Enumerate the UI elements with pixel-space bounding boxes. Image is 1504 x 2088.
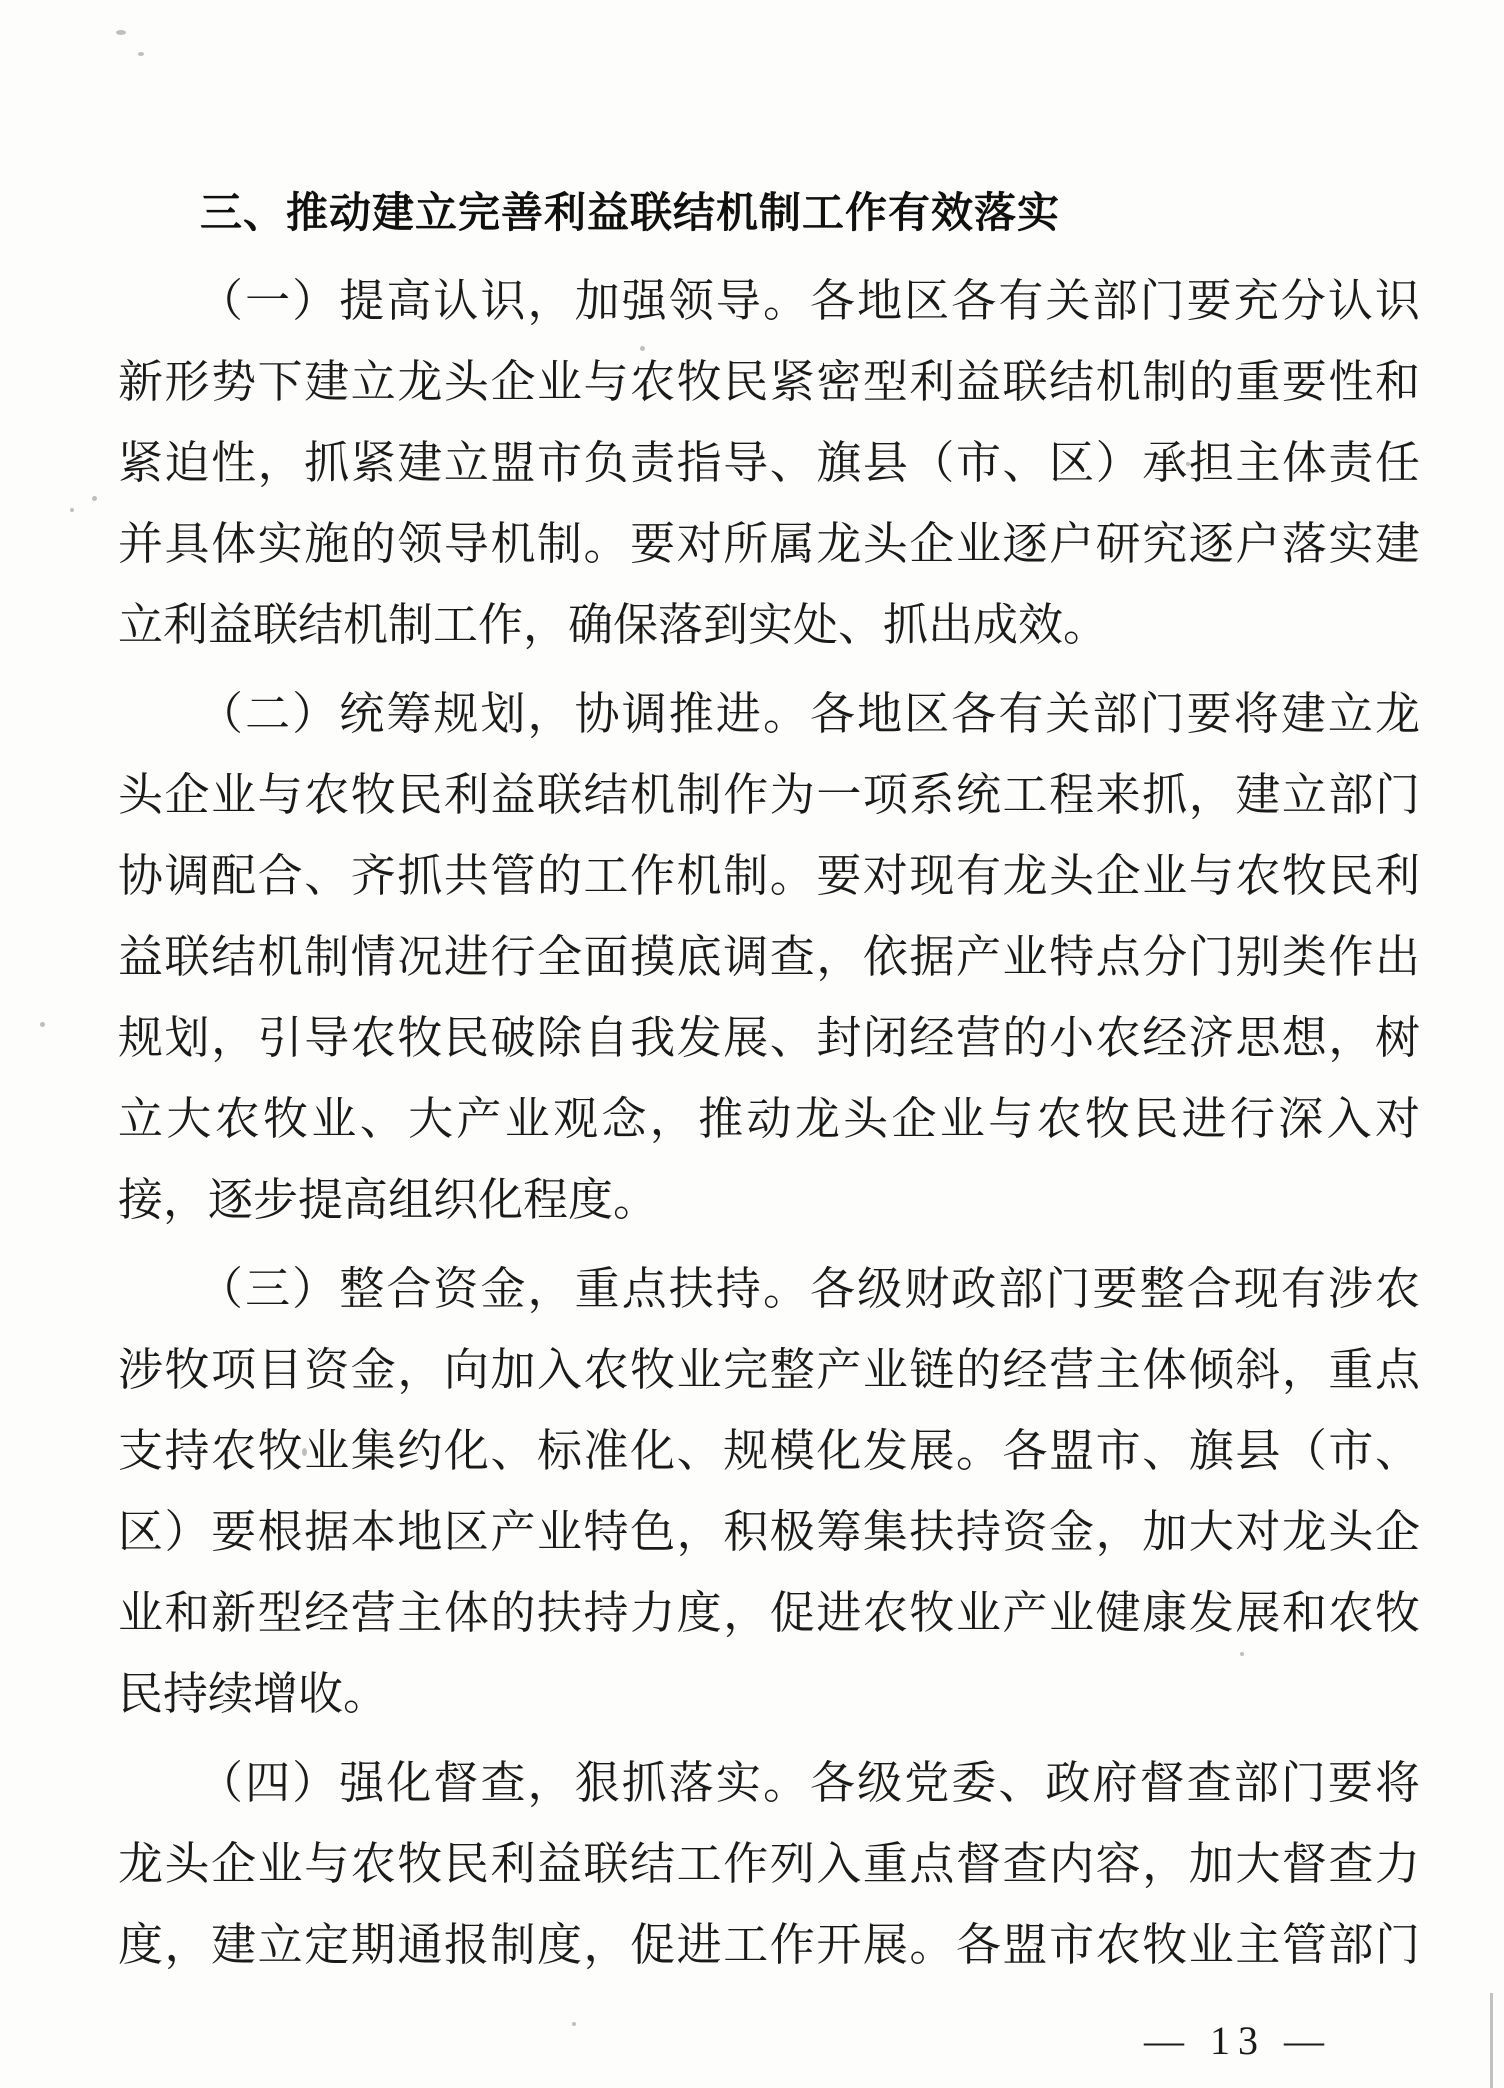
paragraph-line: 益联结机制情况进行全面摸底调查，依据产业特点分门别类作出: [118, 917, 1420, 998]
section-heading: 三、推动建立完善利益联结机制工作有效落实: [118, 172, 1420, 253]
paragraph-1: （一）提高认识，加强领导。各地区各有关部门要充分认识 新形势下建立龙头企业与农牧…: [118, 261, 1420, 666]
paragraph-line: 支持农牧业集约化、标准化、规模化发展。各盟市、旗县（市、: [118, 1411, 1420, 1492]
scan-speck: [138, 52, 144, 56]
scan-speck: [40, 1022, 45, 1027]
scan-speck: [572, 2022, 576, 2026]
scan-speck: [1240, 1652, 1244, 1656]
paragraph-line: 紧迫性，抓紧建立盟市负责指导、旗县（市、区）承担主体责任: [118, 423, 1420, 504]
paragraph-line: 涉牧项目资金，向加入农牧业完整产业链的经营主体倾斜，重点: [118, 1330, 1420, 1411]
scan-speck: [92, 496, 97, 501]
paragraph-line: 民持续增收。: [118, 1654, 1420, 1735]
page-number: — 13 —: [1144, 2017, 1332, 2064]
paragraph-line: 接，逐步提高组织化程度。: [118, 1160, 1420, 1241]
paragraph-line: 区）要根据本地区产业特色，积极筹集扶持资金，加大对龙头企: [118, 1492, 1420, 1573]
scan-edge-line: [1490, 1993, 1493, 2088]
paragraph-2: （二）统筹规划，协调推进。各地区各有关部门要将建立龙 头企业与农牧民利益联结机制…: [118, 674, 1420, 1241]
scan-speck: [640, 346, 645, 351]
paragraph-line: 立利益联结机制工作，确保落到实处、抓出成效。: [118, 585, 1420, 666]
paragraph-line: 规划，引导农牧民破除自我发展、封闭经营的小农经济思想，树: [118, 998, 1420, 1079]
paragraph-line: （一）提高认识，加强领导。各地区各有关部门要充分认识: [118, 261, 1420, 342]
paragraph-line: 业和新型经营主体的扶持力度，促进农牧业产业健康发展和农牧: [118, 1573, 1420, 1654]
paragraph-line: （二）统筹规划，协调推进。各地区各有关部门要将建立龙: [118, 674, 1420, 755]
paragraph-4: （四）强化督查，狠抓落实。各级党委、政府督查部门要将 龙头企业与农牧民利益联结工…: [118, 1743, 1420, 1986]
scan-speck: [70, 508, 74, 512]
paragraph-line: 新形势下建立龙头企业与农牧民紧密型利益联结机制的重要性和: [118, 342, 1420, 423]
scan-speck: [302, 1448, 307, 1456]
scan-speck: [1186, 462, 1190, 466]
paragraph-line: 立大农牧业、大产业观念，推动龙头企业与农牧民进行深入对: [118, 1079, 1420, 1160]
paragraph-line: （四）强化督查，狠抓落实。各级党委、政府督查部门要将: [118, 1743, 1420, 1824]
paragraph-line: 并具体实施的领导机制。要对所属龙头企业逐户研究逐户落实建: [118, 504, 1420, 585]
paragraph-line: 度，建立定期通报制度，促进工作开展。各盟市农牧业主管部门: [118, 1905, 1420, 1986]
scan-speck: [116, 30, 126, 35]
paragraph-line: 协调配合、齐抓共管的工作机制。要对现有龙头企业与农牧民利: [118, 836, 1420, 917]
paragraph-3: （三）整合资金，重点扶持。各级财政部门要整合现有涉农 涉牧项目资金，向加入农牧业…: [118, 1249, 1420, 1735]
paragraph-line: 头企业与农牧民利益联结机制作为一项系统工程来抓，建立部门: [118, 755, 1420, 836]
paragraph-line: （三）整合资金，重点扶持。各级财政部门要整合现有涉农: [118, 1249, 1420, 1330]
document-page: 三、推动建立完善利益联结机制工作有效落实 （一）提高认识，加强领导。各地区各有关…: [0, 0, 1504, 2088]
text-column: 三、推动建立完善利益联结机制工作有效落实 （一）提高认识，加强领导。各地区各有关…: [118, 172, 1420, 1986]
paragraph-line: 龙头企业与农牧民利益联结工作列入重点督查内容，加大督查力: [118, 1824, 1420, 1905]
